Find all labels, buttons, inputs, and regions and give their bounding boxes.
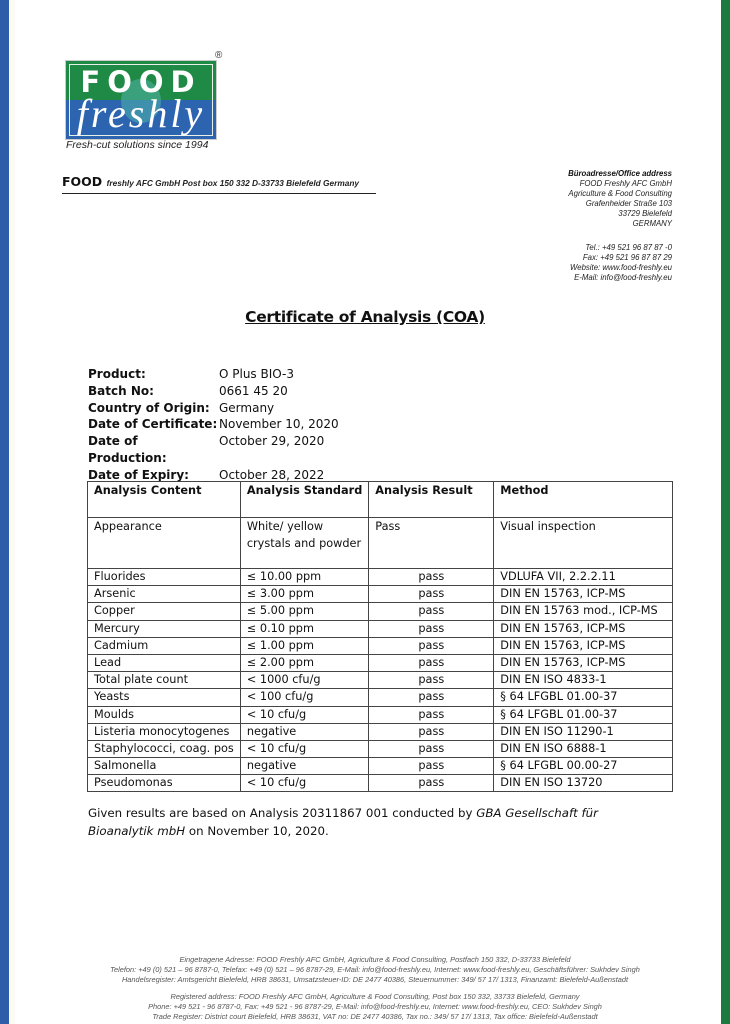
product-info: Product:O Plus BIO-3 Batch No:0661 45 20… <box>88 366 339 484</box>
logo-tagline: Fresh-cut solutions since 1994 <box>66 139 208 151</box>
right-green-border <box>721 0 730 1024</box>
footer-line: Telefon: +49 (0) 521 – 96 8787-0, Telefa… <box>10 965 730 975</box>
table-row: Staphylococci, coag. pos< 10 cfu/gpassDI… <box>88 740 673 757</box>
table-header-row: Analysis Content Analysis Standard Analy… <box>88 482 673 518</box>
cell-result: pass <box>369 569 494 586</box>
footer-german: Eingetragene Adresse: FOOD Freshly AFC G… <box>10 955 730 986</box>
cell-result: pass <box>369 586 494 603</box>
cell-content: Yeasts <box>88 689 241 706</box>
analysis-table: Analysis Content Analysis Standard Analy… <box>87 481 673 792</box>
note-suffix: on November 10, 2020. <box>185 824 329 838</box>
cell-result: pass <box>369 603 494 620</box>
office-line: GERMANY <box>568 219 672 229</box>
cell-result: pass <box>369 620 494 637</box>
cell-result: pass <box>369 654 494 671</box>
cell-content: Appearance <box>88 518 241 569</box>
footer-line: Registered address: FOOD Freshly AFC Gmb… <box>10 992 730 1002</box>
cell-standard: < 1000 cfu/g <box>240 672 368 689</box>
sender-address: freshly AFC GmbH Post box 150 332 D-3373… <box>107 178 359 188</box>
left-border-shadow <box>9 0 15 1024</box>
cell-standard: negative <box>240 758 368 775</box>
cell-method: § 64 LFGBL 01.00-37 <box>494 689 673 706</box>
cell-content: Staphylococci, coag. pos <box>88 740 241 757</box>
cell-content: Cadmium <box>88 637 241 654</box>
office-line: FOOD Freshly AFC GmbH <box>568 179 672 189</box>
table-row: Pseudomonas< 10 cfu/gpassDIN EN ISO 1372… <box>88 775 673 792</box>
table-row: Arsenic≤ 3.00 ppmpassDIN EN 15763, ICP-M… <box>88 586 673 603</box>
info-label: Batch No: <box>88 383 219 400</box>
footer-line: Eingetragene Adresse: FOOD Freshly AFC G… <box>10 955 730 965</box>
food-freshly-logo: FOOD freshly <box>65 60 217 140</box>
cell-content: Copper <box>88 603 241 620</box>
info-row-certificate-date: Date of Certificate:November 10, 2020 <box>88 416 339 433</box>
info-value: November 10, 2020 <box>219 416 339 433</box>
cell-method: DIN EN 15763, ICP-MS <box>494 620 673 637</box>
cell-standard: ≤ 2.00 ppm <box>240 654 368 671</box>
info-label: Country of Origin: <box>88 400 219 417</box>
info-row-production-date: Date of Production:October 29, 2020 <box>88 433 339 467</box>
table-row: Moulds< 10 cfu/gpass§ 64 LFGBL 01.00-37 <box>88 706 673 723</box>
info-label: Date of Certificate: <box>88 416 219 433</box>
info-row-product: Product:O Plus BIO-3 <box>88 366 339 383</box>
cell-standard: ≤ 5.00 ppm <box>240 603 368 620</box>
cell-content: Pseudomonas <box>88 775 241 792</box>
info-value: O Plus BIO-3 <box>219 366 294 383</box>
analysis-note: Given results are based on Analysis 2031… <box>88 804 648 840</box>
cell-standard: ≤ 1.00 ppm <box>240 637 368 654</box>
cell-method: VDLUFA VII, 2.2.2.11 <box>494 569 673 586</box>
cell-standard: ≤ 10.00 ppm <box>240 569 368 586</box>
header-analysis-result: Analysis Result <box>369 482 494 518</box>
info-label: Date of Production: <box>88 433 219 467</box>
cell-content: Listeria monocytogenes <box>88 723 241 740</box>
cell-method: DIN EN ISO 6888-1 <box>494 740 673 757</box>
office-website: Website: www.food-freshly.eu <box>568 263 672 273</box>
cell-method: Visual inspection <box>494 518 673 569</box>
cell-content: Fluorides <box>88 569 241 586</box>
cell-standard: < 10 cfu/g <box>240 740 368 757</box>
cell-standard: ≤ 3.00 ppm <box>240 586 368 603</box>
table-row: Cadmium≤ 1.00 ppmpassDIN EN 15763, ICP-M… <box>88 637 673 654</box>
info-row-batch: Batch No:0661 45 20 <box>88 383 339 400</box>
cell-result: pass <box>369 723 494 740</box>
registered-trademark-icon: ® <box>215 50 222 61</box>
cell-standard: negative <box>240 723 368 740</box>
office-line: Agriculture & Food Consulting <box>568 189 672 199</box>
table-row: Mercury≤ 0.10 ppmpassDIN EN 15763, ICP-M… <box>88 620 673 637</box>
logo-word-freshly: freshly <box>66 93 216 135</box>
cell-method: DIN EN ISO 11290-1 <box>494 723 673 740</box>
footer-english: Registered address: FOOD Freshly AFC Gmb… <box>10 992 730 1023</box>
cell-method: DIN EN 15763, ICP-MS <box>494 654 673 671</box>
document-title: Certificate of Analysis (COA) <box>0 308 730 326</box>
footer-line: Handelsregister: Amtsgericht Bielefeld, … <box>10 975 730 985</box>
header-method: Method <box>494 482 673 518</box>
cell-standard: < 10 cfu/g <box>240 706 368 723</box>
cell-content: Mercury <box>88 620 241 637</box>
footer-line: Trade Register: District court Bielefeld… <box>10 1012 730 1022</box>
table-row: Yeasts< 100 cfu/gpass§ 64 LFGBL 01.00-37 <box>88 689 673 706</box>
cell-method: DIN EN ISO 4833-1 <box>494 672 673 689</box>
info-value: 0661 45 20 <box>219 383 288 400</box>
table-row: Fluorides≤ 10.00 ppmpassVDLUFA VII, 2.2.… <box>88 569 673 586</box>
table-row: Listeria monocytogenesnegativepassDIN EN… <box>88 723 673 740</box>
cell-method: § 64 LFGBL 01.00-37 <box>494 706 673 723</box>
office-line: Grafenheider Straße 103 <box>568 199 672 209</box>
cell-method: § 64 LFGBL 00.00-27 <box>494 758 673 775</box>
info-label: Product: <box>88 366 219 383</box>
cell-result: pass <box>369 740 494 757</box>
info-value: Germany <box>219 400 274 417</box>
cell-result: Pass <box>369 518 494 569</box>
note-prefix: Given results are based on Analysis 2031… <box>88 806 476 820</box>
cell-method: DIN EN 15763 mod., ICP-MS <box>494 603 673 620</box>
table-row: Appearance White/ yellow crystals and po… <box>88 518 673 569</box>
header-analysis-standard: Analysis Standard <box>240 482 368 518</box>
cell-content: Moulds <box>88 706 241 723</box>
cell-result: pass <box>369 706 494 723</box>
office-line: 33729 Bielefeld <box>568 209 672 219</box>
cell-standard: < 100 cfu/g <box>240 689 368 706</box>
cell-result: pass <box>369 672 494 689</box>
cell-standard: White/ yellow crystals and powder <box>240 518 368 569</box>
cell-method: DIN EN 15763, ICP-MS <box>494 637 673 654</box>
table-row: Total plate count< 1000 cfu/gpassDIN EN … <box>88 672 673 689</box>
footer-line: Phone: +49 521 - 96 8787-0, Fax: +49 521… <box>10 1002 730 1012</box>
table-row: Salmonellanegativepass§ 64 LFGBL 00.00-2… <box>88 758 673 775</box>
table-row: Copper≤ 5.00 ppmpassDIN EN 15763 mod., I… <box>88 603 673 620</box>
cell-content: Lead <box>88 654 241 671</box>
table-row: Lead≤ 2.00 ppmpassDIN EN 15763, ICP-MS <box>88 654 673 671</box>
cell-content: Salmonella <box>88 758 241 775</box>
cell-result: pass <box>369 758 494 775</box>
left-blue-border <box>0 0 9 1024</box>
info-value: October 29, 2020 <box>219 433 324 467</box>
cell-method: DIN EN ISO 13720 <box>494 775 673 792</box>
cell-standard: ≤ 0.10 ppm <box>240 620 368 637</box>
sender-brand: FOOD <box>62 174 102 189</box>
cell-result: pass <box>369 637 494 654</box>
office-address-heading: Büroadresse/Office address <box>568 169 672 179</box>
info-row-origin: Country of Origin:Germany <box>88 400 339 417</box>
header-analysis-content: Analysis Content <box>88 482 241 518</box>
office-address-block: Büroadresse/Office address FOOD Freshly … <box>568 169 672 283</box>
office-phone: Tel.: +49 521 96 87 87 -0 <box>568 243 672 253</box>
cell-content: Arsenic <box>88 586 241 603</box>
cell-content: Total plate count <box>88 672 241 689</box>
sender-address-line: FOOD freshly AFC GmbH Post box 150 332 D… <box>62 173 376 194</box>
office-email: E-Mail: info@food-freshly.eu <box>568 273 672 283</box>
cell-result: pass <box>369 775 494 792</box>
office-fax: Fax: +49 521 96 87 87 29 <box>568 253 672 263</box>
cell-method: DIN EN 15763, ICP-MS <box>494 586 673 603</box>
cell-result: pass <box>369 689 494 706</box>
cell-standard: < 10 cfu/g <box>240 775 368 792</box>
